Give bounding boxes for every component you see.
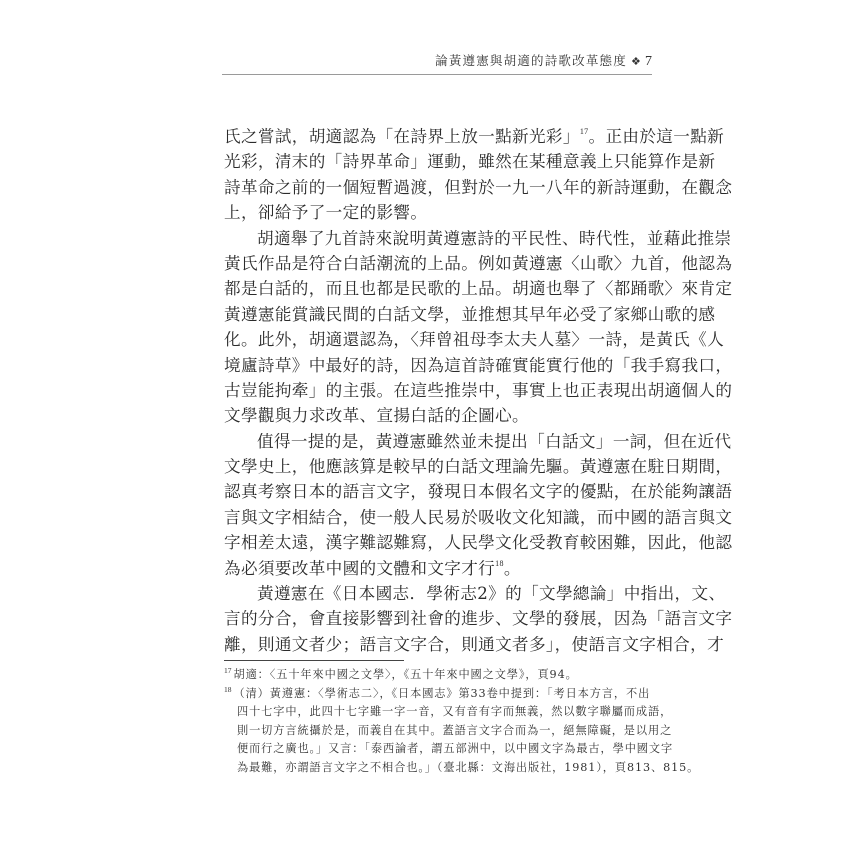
footnote-divider — [224, 660, 404, 661]
footnote-line: 四十七字中，此四十七字雖一字一音，又有音有字而無義，然以數字聯屬而成語， — [224, 703, 654, 722]
paragraph-1: 氏之嘗試，胡適認為「在詩界上放一點新光彩」17。正由於這一點新 光彩，清末的「詩… — [224, 124, 652, 226]
footnote-18: 18（清）黃遵憲：〈學術志二〉，《日本國志》第33卷中提到：「考日本方言，不出 … — [224, 685, 654, 778]
running-header: 論黃遵憲與胡適的詩歌改革態度❖7 — [222, 50, 652, 75]
diamond-ornament-icon: ❖ — [631, 55, 642, 68]
footnote-number: 18 — [224, 685, 232, 694]
footnote-17: 17胡適：〈五十年來中國之文學〉，《五十年來中國之文學》，頁94。 — [224, 666, 654, 685]
text-line: 字相差太遠，漢字難認難寫，人民學文化受教育較困難，因此，他認 — [224, 530, 652, 555]
text-line: 文學觀與力求改革、宣揚白話的企圖心。 — [224, 403, 652, 428]
text-line: 氏之嘗試，胡適認為「在詩界上放一點新光彩」17。正由於這一點新 — [224, 124, 652, 149]
text-line: 黃氏作品是符合白話潮流的上品。例如黃遵憲〈山歌〉九首，他認為 — [224, 251, 652, 276]
text-line: 言的分合，會直接影響到社會的進步、文學的發展，因為「語言文字 — [224, 606, 652, 631]
page-number: 7 — [645, 54, 652, 69]
footnote-line: 18（清）黃遵憲：〈學術志二〉，《日本國志》第33卷中提到：「考日本方言，不出 — [224, 685, 654, 704]
paragraph-3: 值得一提的是，黃遵憲雖然並未提出「白話文」一詞，但在近代 文學史上，他應該算是較… — [224, 429, 652, 581]
text-line: 境廬詩草》中最好的詩，因為這首詩確實能實行他的「我手寫我口， — [224, 353, 652, 378]
text-line: 胡適舉了九首詩來說明黃遵憲詩的平民性、時代性，並藉此推崇 — [224, 226, 652, 251]
header-title: 論黃遵憲與胡適的詩歌改革態度 — [435, 53, 627, 68]
text-line: 認真考察日本的語言文字，發現日本假名文字的優點，在於能夠讓語 — [224, 479, 652, 504]
text-line: 黃遵憲在《日本國志．學術志2》的「文學總論」中指出，文、 — [224, 581, 652, 606]
footnote-ref-17[interactable]: 17 — [580, 127, 589, 136]
footnote-ref-18[interactable]: 18 — [495, 559, 504, 568]
footnote-line: 17胡適：〈五十年來中國之文學〉，《五十年來中國之文學》，頁94。 — [224, 666, 654, 685]
paragraph-2: 胡適舉了九首詩來說明黃遵憲詩的平民性、時代性，並藉此推崇 黃氏作品是符合白話潮流… — [224, 226, 652, 429]
text-line: 為必須要改革中國的文體和文字才行18。 — [224, 556, 652, 581]
footnote-line: 為最難，亦謂語言文字之不相合也。」（臺北縣：文海出版社，1981），頁813、8… — [224, 759, 654, 778]
footnote-line: 則一切方言統攝於是，而義自在其中。蓋語言文字合而為一，絕無障礙，是以用之 — [224, 722, 654, 741]
footnotes: 17胡適：〈五十年來中國之文學〉，《五十年來中國之文學》，頁94。 18（清）黃… — [224, 666, 654, 778]
text-line: 都是白話的，而且也都是民歌的上品。胡適也舉了〈都踊歌〉來肯定 — [224, 276, 652, 301]
text-line: 文學史上，他應該算是較早的白話文理論先驅。黃遵憲在駐日期間， — [224, 454, 652, 479]
text-line: 言與文字相結合，使一般人民易於吸收文化知識，而中國的語言與文 — [224, 505, 652, 530]
text-line: 離，則通文者少；語言文字合，則通文者多」，使語言文字相合，才 — [224, 632, 652, 657]
text-line: 詩革命之前的一個短暫過渡，但對於一九一八年的新詩運動，在觀念 — [224, 175, 652, 200]
footnote-line: 便而行之廣也。」又言：「泰西論者，謂五部洲中，以中國文字為最古，學中國文字 — [224, 740, 654, 759]
text-line: 光彩，清末的「詩界革命」運動，雖然在某種意義上只能算作是新 — [224, 149, 652, 174]
text-line: 黃遵憲能賞識民間的白話文學，並推想其早年必受了家鄉山歌的感 — [224, 302, 652, 327]
body-text: 氏之嘗試，胡適認為「在詩界上放一點新光彩」17。正由於這一點新 光彩，清末的「詩… — [224, 124, 652, 657]
paragraph-4: 黃遵憲在《日本國志．學術志2》的「文學總論」中指出，文、 言的分合，會直接影響到… — [224, 581, 652, 657]
text-line: 值得一提的是，黃遵憲雖然並未提出「白話文」一詞，但在近代 — [224, 429, 652, 454]
footnote-number: 17 — [224, 666, 232, 675]
text-line: 上，卻給予了一定的影響。 — [224, 200, 652, 225]
book-page: 論黃遵憲與胡適的詩歌改革態度❖7 氏之嘗試，胡適認為「在詩界上放一點新光彩」17… — [0, 0, 850, 850]
text-line: 古豈能拘牽」的主張。在這些推崇中，事實上也正表現出胡適個人的 — [224, 378, 652, 403]
text-line: 化。此外，胡適還認為，〈拜曾祖母李太夫人墓〉一詩，是黃氏《人 — [224, 327, 652, 352]
